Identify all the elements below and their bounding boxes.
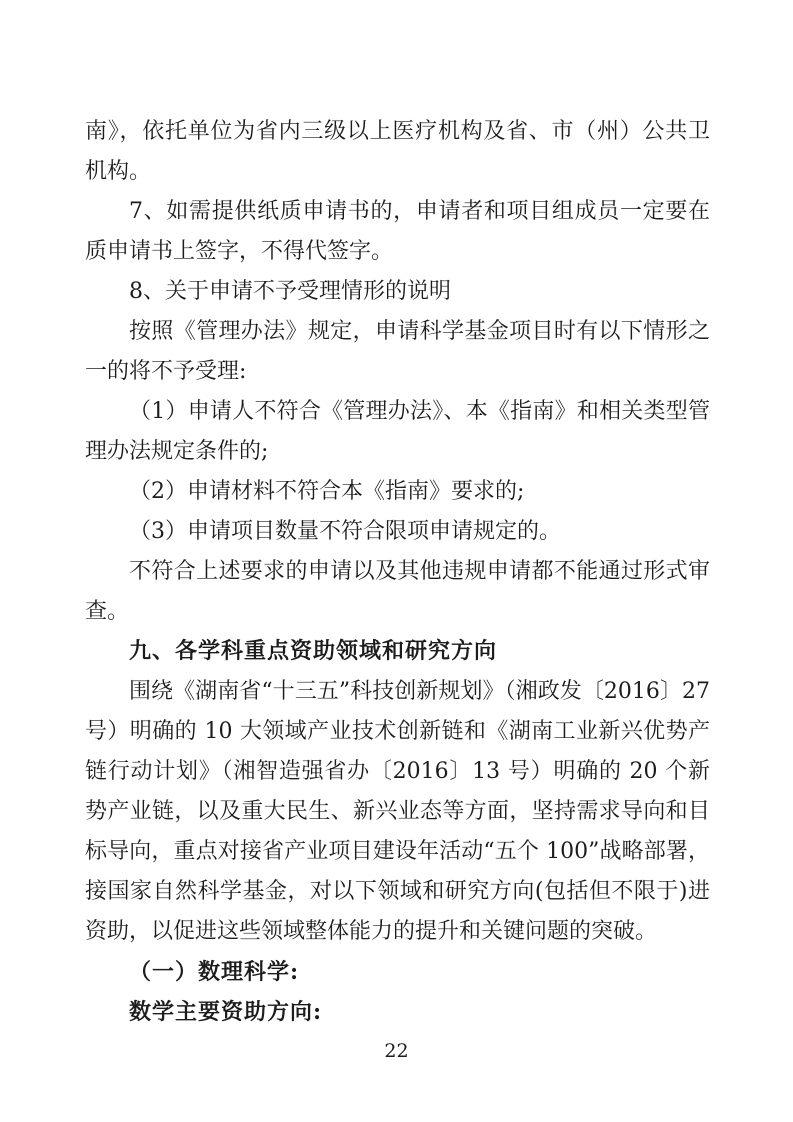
text-line: 7、如需提供纸质申请书的，申请者和项目组成员一定要在纸 [85, 192, 710, 232]
text-line: 南》，依托单位为省内三级以上医疗机构及省、市（州）公共卫生 [85, 112, 710, 152]
paragraph: 数学主要资助方向: [85, 992, 710, 1032]
paragraph: 南》，依托单位为省内三级以上医疗机构及省、市（州）公共卫生机构。 [85, 112, 710, 192]
text-line: 围绕《湖南省“十三五”科技创新规划》（湘政发〔2016〕27 [85, 672, 710, 712]
text-line: 按照《管理办法》规定，申请科学基金项目时有以下情形之 [85, 312, 710, 352]
paragraph: （一）数理科学: [85, 952, 710, 992]
text-line: 质申请书上签字，不得代签字。 [85, 232, 710, 272]
paragraph: 九、各学科重点资助领域和研究方向 [85, 632, 710, 672]
text-line: 资助，以促进这些领域整体能力的提升和关键问题的突破。 [85, 912, 710, 952]
text-line: （3）申请项目数量不符合限项申请规定的。 [85, 512, 710, 552]
text-line: 链行动计划》（湘智造强省办〔2016〕13 号）明确的 20 个新兴优 [85, 752, 710, 792]
text-line: 势产业链，以及重大民生、新兴业态等方面，坚持需求导向和目 [85, 792, 710, 832]
text-line: （一）数理科学: [85, 952, 710, 992]
text-line: 数学主要资助方向: [85, 992, 710, 1032]
text-line: 理办法规定条件的; [85, 432, 710, 472]
text-line: 一的将不予受理: [85, 352, 710, 392]
document-body: 南》，依托单位为省内三级以上医疗机构及省、市（州）公共卫生机构。7、如需提供纸质… [85, 112, 710, 1032]
text-line: 接国家自然科学基金，对以下领域和研究方向(包括但不限于)进行 [85, 872, 710, 912]
document-page: 南》，依托单位为省内三级以上医疗机构及省、市（州）公共卫生机构。7、如需提供纸质… [0, 0, 793, 1122]
text-line: 机构。 [85, 152, 710, 192]
text-line: （2）申请材料不符合本《指南》要求的; [85, 472, 710, 512]
paragraph: 7、如需提供纸质申请书的，申请者和项目组成员一定要在纸质申请书上签字，不得代签字… [85, 192, 710, 272]
text-line: 九、各学科重点资助领域和研究方向 [85, 632, 710, 672]
text-line: 标导向，重点对接省产业项目建设年活动“五个 100”战略部署，对 [85, 832, 710, 872]
paragraph: （3）申请项目数量不符合限项申请规定的。 [85, 512, 710, 552]
paragraph: （2）申请材料不符合本《指南》要求的; [85, 472, 710, 512]
paragraph: （1）申请人不符合《管理办法》、本《指南》和相关类型管理办法规定条件的; [85, 392, 710, 472]
paragraph: 围绕《湖南省“十三五”科技创新规划》（湘政发〔2016〕27号）明确的 10 大… [85, 672, 710, 952]
paragraph: 按照《管理办法》规定，申请科学基金项目时有以下情形之一的将不予受理: [85, 312, 710, 392]
page-number: 22 [0, 1040, 793, 1062]
text-line: 查。 [85, 592, 710, 632]
paragraph: 8、关于申请不予受理情形的说明 [85, 272, 710, 312]
text-line: 8、关于申请不予受理情形的说明 [85, 272, 710, 312]
text-line: （1）申请人不符合《管理办法》、本《指南》和相关类型管 [85, 392, 710, 432]
text-line: 不符合上述要求的申请以及其他违规申请都不能通过形式审 [85, 552, 710, 592]
text-line: 号）明确的 10 大领域产业技术创新链和《湖南工业新兴优势产业 [85, 712, 710, 752]
paragraph: 不符合上述要求的申请以及其他违规申请都不能通过形式审查。 [85, 552, 710, 632]
